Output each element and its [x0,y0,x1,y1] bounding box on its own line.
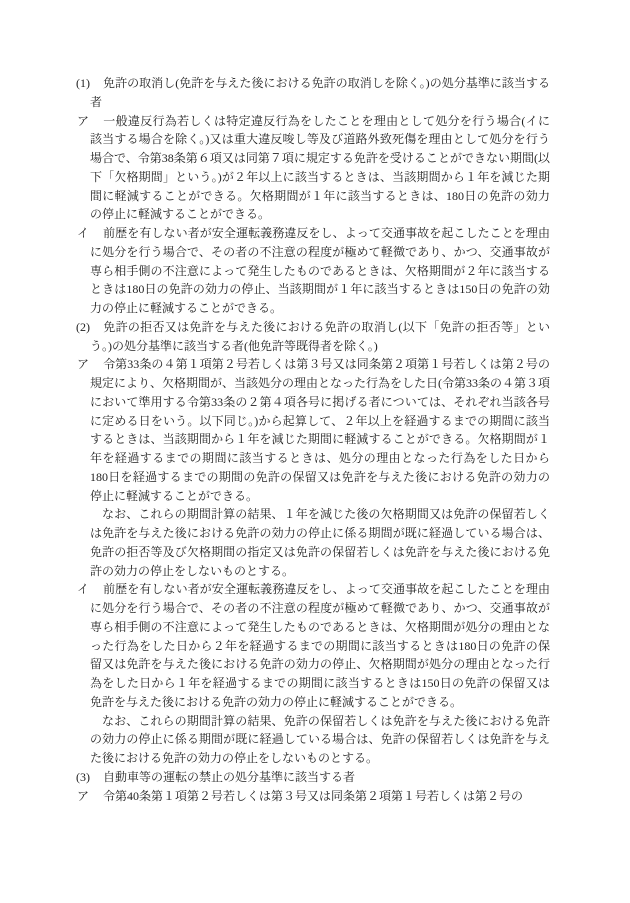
item-2-sub-a-text: 令第33条の４第１項第２号若しくは第３号又は同条第２項第１号若しくは第２号の規定… [90,357,550,502]
item-2-sub-i-note: なお、これらの期間計算の結果、免許の保留若しくは免許を与えた後における免許の効力… [90,712,550,768]
item-2-sub-i: イ前歴を有しない者が安全運転義務違反をし、よって交通事故を起こしたことを理由に処… [90,580,550,711]
document-page: (1)免許の取消し(免許を与えた後における免許の取消しを除く。)の処分基準に該当… [90,74,550,805]
item-2-number: (2) [76,318,103,337]
item-3-sub-a: ア令第40条第１項第２号若しくは第３号又は同条第２項第１号若しくは第２号の [90,787,550,806]
item-2-sub-i-marker: イ [77,580,103,599]
item-1-sub-i-marker: イ [77,224,103,243]
item-1-heading: 免許の取消し(免許を与えた後における免許の取消しを除く。)の処分基準に該当する者 [90,76,550,109]
item-2: (2)免許の拒否又は免許を与えた後における免許の取消し(以下「免許の拒否等」とい… [90,318,550,356]
item-3-sub-a-text: 令第40条第１項第２号若しくは第３号又は同条第２項第１号若しくは第２号の [103,789,523,803]
item-2-sub-a: ア令第33条の４第１項第２号若しくは第３号又は同条第２項第１号若しくは第２号の規… [90,355,550,505]
item-1-number: (1) [76,74,103,93]
item-2-sub-i-text: 前歴を有しない者が安全運転義務違反をし、よって交通事故を起こしたことを理由に処分… [90,582,550,709]
document-viewer: { "page": { "background": "#ffffff", "te… [0,0,630,903]
item-2-heading: 免許の拒否又は免許を与えた後における免許の取消し(以下「免許の拒否等」という。)… [90,320,550,353]
item-2-sub-a-note: なお、これらの期間計算の結果、１年を減じた後の欠格期間又は免許の保留若しくは免許… [90,505,550,580]
item-3-sub-a-marker: ア [77,787,103,806]
item-3-number: (3) [76,768,103,787]
item-1: (1)免許の取消し(免許を与えた後における免許の取消しを除く。)の処分基準に該当… [90,74,550,112]
item-1-sub-i: イ前歴を有しない者が安全運転義務違反をし、よって交通事故を起こしたことを理由に処… [90,224,550,318]
item-1-sub-a-text: 一般違反行為若しくは特定違反行為をしたことを理由として処分を行う場合(イに該当す… [90,114,550,222]
item-2-sub-a-marker: ア [77,355,103,374]
item-1-sub-i-text: 前歴を有しない者が安全運転義務違反をし、よって交通事故を起こしたことを理由に処分… [90,226,550,315]
item-3-heading: 自動車等の運転の禁止の処分基準に該当する者 [103,770,355,784]
item-1-sub-a: ア一般違反行為若しくは特定違反行為をしたことを理由として処分を行う場合(イに該当… [90,112,550,225]
item-3: (3)自動車等の運転の禁止の処分基準に該当する者 [90,768,550,787]
item-1-sub-a-marker: ア [77,112,103,131]
